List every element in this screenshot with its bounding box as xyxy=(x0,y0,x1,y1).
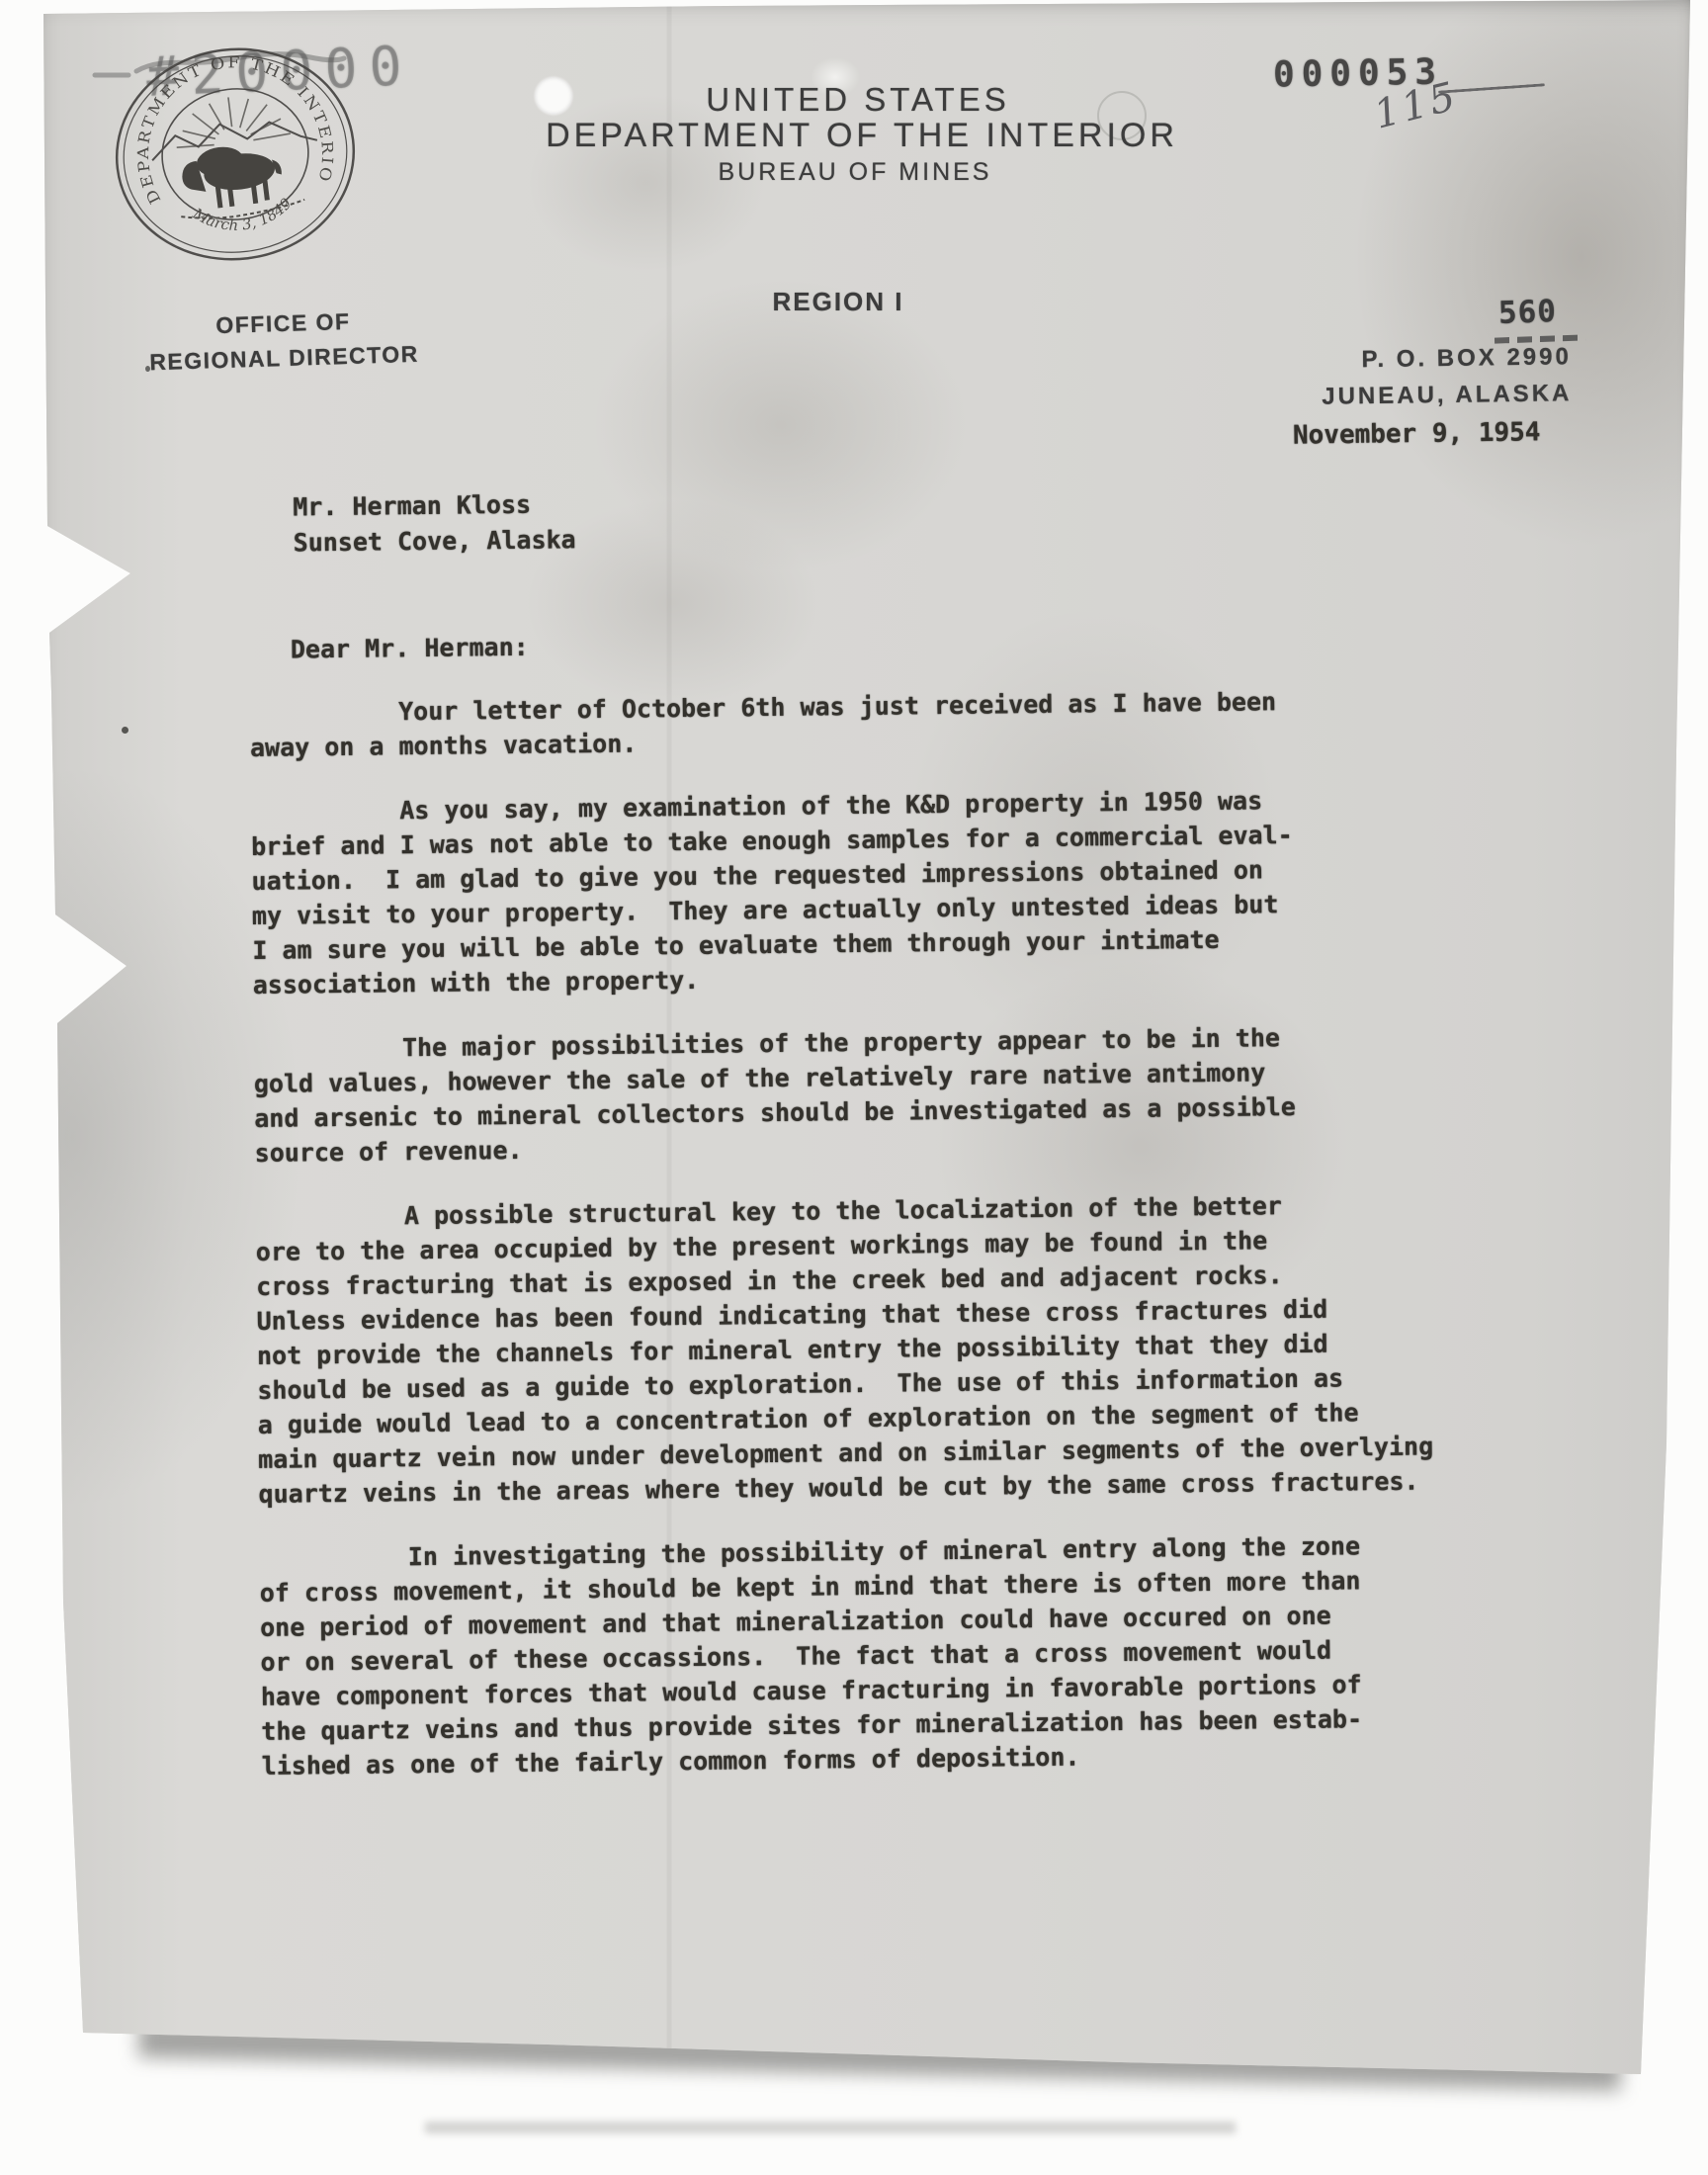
address-block: P. O. BOX 2990 JUNEAU, ALASKA xyxy=(1321,338,1572,415)
file-number-stamp: 560 xyxy=(1497,294,1557,331)
letterhead-bureau: BUREAU OF MINES xyxy=(719,158,992,187)
interior-seal-icon: DEPARTMENT OF THE INTERIOR March 3, 1849 xyxy=(97,31,375,278)
svg-text:March 3, 1849: March 3, 1849 xyxy=(187,193,298,240)
punch-hole xyxy=(535,77,572,115)
letterhead-department: DEPARTMENT OF THE INTERIOR xyxy=(546,117,1178,155)
paragraph-1: Your letter of October 6th was just rece… xyxy=(249,681,1525,765)
paragraph-5: In investigating the possibility of mine… xyxy=(259,1526,1537,1783)
letter-page: #20000 xyxy=(34,0,1694,2116)
scanned-letter-canvas: #20000 xyxy=(0,0,1708,2175)
letterhead-region: REGION I xyxy=(772,287,903,317)
paragraph-4: A possible structural key to the localiz… xyxy=(255,1185,1533,1512)
seal-date-text: March 3, 1849 xyxy=(187,193,298,240)
recipient-address: Sunset Cove, Alaska xyxy=(293,522,575,560)
date-line: November 9, 1954 xyxy=(1293,417,1541,450)
recipient-name: Mr. Herman Kloss xyxy=(293,487,531,525)
sun-rays-icon xyxy=(171,90,291,149)
ink-speck xyxy=(122,727,128,734)
typed-content: Mr. Herman Kloss Sunset Cove, Alaska Dea… xyxy=(247,470,1547,1789)
office-line2: REGIONAL DIRECTOR xyxy=(149,337,420,381)
city-line: JUNEAU, ALASKA xyxy=(1322,375,1573,415)
salutation: Dear Mr. Herman: xyxy=(291,630,529,667)
paragraph-3: The major possibilities of the property … xyxy=(253,1017,1530,1171)
scan-smudge xyxy=(425,2122,1236,2133)
po-box-line: P. O. BOX 2990 xyxy=(1321,338,1572,379)
bison-icon xyxy=(179,140,285,213)
letterhead-united-states: UNITED STATES xyxy=(706,81,1009,119)
letter-body: Your letter of October 6th was just rece… xyxy=(249,681,1536,1783)
office-block: OFFICE OF REGIONAL DIRECTOR xyxy=(148,303,420,381)
paragraph-2: As you say, my examination of the K&D pr… xyxy=(251,780,1528,1002)
